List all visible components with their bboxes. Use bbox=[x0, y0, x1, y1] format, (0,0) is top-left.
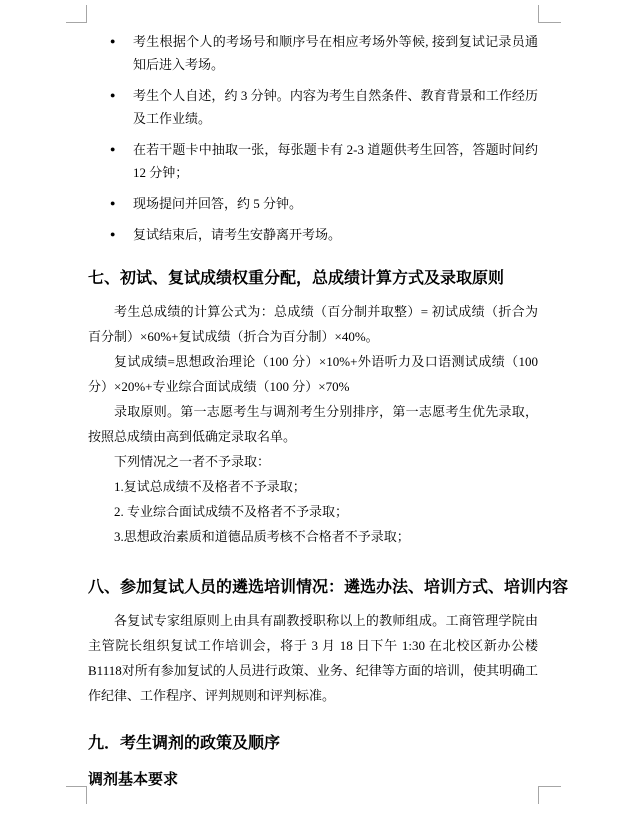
bullet-text: 考生根据个人的考场号和顺序号在相应考场外等候, 接到复试记录员通知后进入考场。 bbox=[133, 34, 538, 72]
rejection-rule-item: 2. 专业综合面试成绩不及格者不予录取； bbox=[88, 499, 538, 524]
section-8-heading: 八、参加复试人员的遴选培训情况：遴选办法、培训方式、培训内容 bbox=[88, 577, 538, 599]
section-7-heading: 七、初试、复试成绩权重分配，总成绩计算方式及录取原则 bbox=[88, 268, 538, 290]
bullet-item: ● 考生个人自述，约 3 分钟。内容为考生自然条件、教育背景和工作经历及工作业绩… bbox=[88, 84, 538, 130]
bullet-icon: ● bbox=[110, 192, 115, 215]
document-page: ● 考生根据个人的考场号和顺序号在相应考场外等候, 接到复试记录员通知后进入考场… bbox=[0, 0, 625, 838]
rejection-rule-item: 1.复试总成绩不及格者不予录取； bbox=[88, 474, 538, 499]
section-7-paragraph: 录取原则。第一志愿考生与调剂考生分别排序，第一志愿考生优先录取，按照总成绩由高到… bbox=[88, 399, 538, 449]
bullet-item: ● 在若干题卡中抽取一张，每张题卡有 2-3 道题供考生回答，答题时间约 12 … bbox=[88, 138, 538, 184]
bullet-icon: ● bbox=[110, 138, 115, 161]
margin-crop-mark-top-left bbox=[66, 5, 87, 23]
section-7-paragraph: 下列情况之一者不予录取： bbox=[88, 449, 538, 474]
margin-crop-mark-top-right bbox=[538, 5, 561, 23]
bullet-item: ● 复试结束后，请考生安静离开考场。 bbox=[88, 223, 538, 246]
document-body: ● 考生根据个人的考场号和顺序号在相应考场外等候, 接到复试记录员通知后进入考场… bbox=[88, 30, 538, 790]
section-8-paragraph: 各复试专家组原则上由具有副教授职称以上的教师组成。工商管理学院由主管院长组织复试… bbox=[88, 608, 538, 708]
bullet-icon: ● bbox=[110, 30, 115, 53]
rejection-rule-item: 3.思想政治素质和道德品质考核不合格者不予录取； bbox=[88, 524, 538, 549]
bullet-icon: ● bbox=[110, 223, 115, 246]
section-9-subheading: 调剂基本要求 bbox=[88, 770, 538, 790]
bullet-text: 考生个人自述，约 3 分钟。内容为考生自然条件、教育背景和工作经历及工作业绩。 bbox=[133, 88, 538, 126]
bullet-text: 复试结束后，请考生安静离开考场。 bbox=[133, 227, 341, 242]
margin-crop-mark-bottom-right bbox=[538, 786, 561, 804]
bullet-text: 在若干题卡中抽取一张，每张题卡有 2-3 道题供考生回答，答题时间约 12 分钟… bbox=[133, 142, 538, 180]
bullet-item: ● 现场提问并回答，约 5 分钟。 bbox=[88, 192, 538, 215]
bullet-icon: ● bbox=[110, 84, 115, 107]
section-9-heading: 九．考生调剂的政策及顺序 bbox=[88, 733, 538, 755]
section-7-paragraph: 考生总成绩的计算公式为：总成绩（百分制并取整）= 初试成绩（折合为百分制）×60… bbox=[88, 299, 538, 349]
bullet-item: ● 考生根据个人的考场号和顺序号在相应考场外等候, 接到复试记录员通知后进入考场… bbox=[88, 30, 538, 76]
bullet-list: ● 考生根据个人的考场号和顺序号在相应考场外等候, 接到复试记录员通知后进入考场… bbox=[88, 30, 538, 246]
margin-crop-mark-bottom-left bbox=[66, 786, 87, 804]
bullet-text: 现场提问并回答，约 5 分钟。 bbox=[133, 196, 302, 211]
section-7-paragraph: 复试成绩=思想政治理论（100 分）×10%+外语听力及口语测试成绩（100 分… bbox=[88, 349, 538, 399]
